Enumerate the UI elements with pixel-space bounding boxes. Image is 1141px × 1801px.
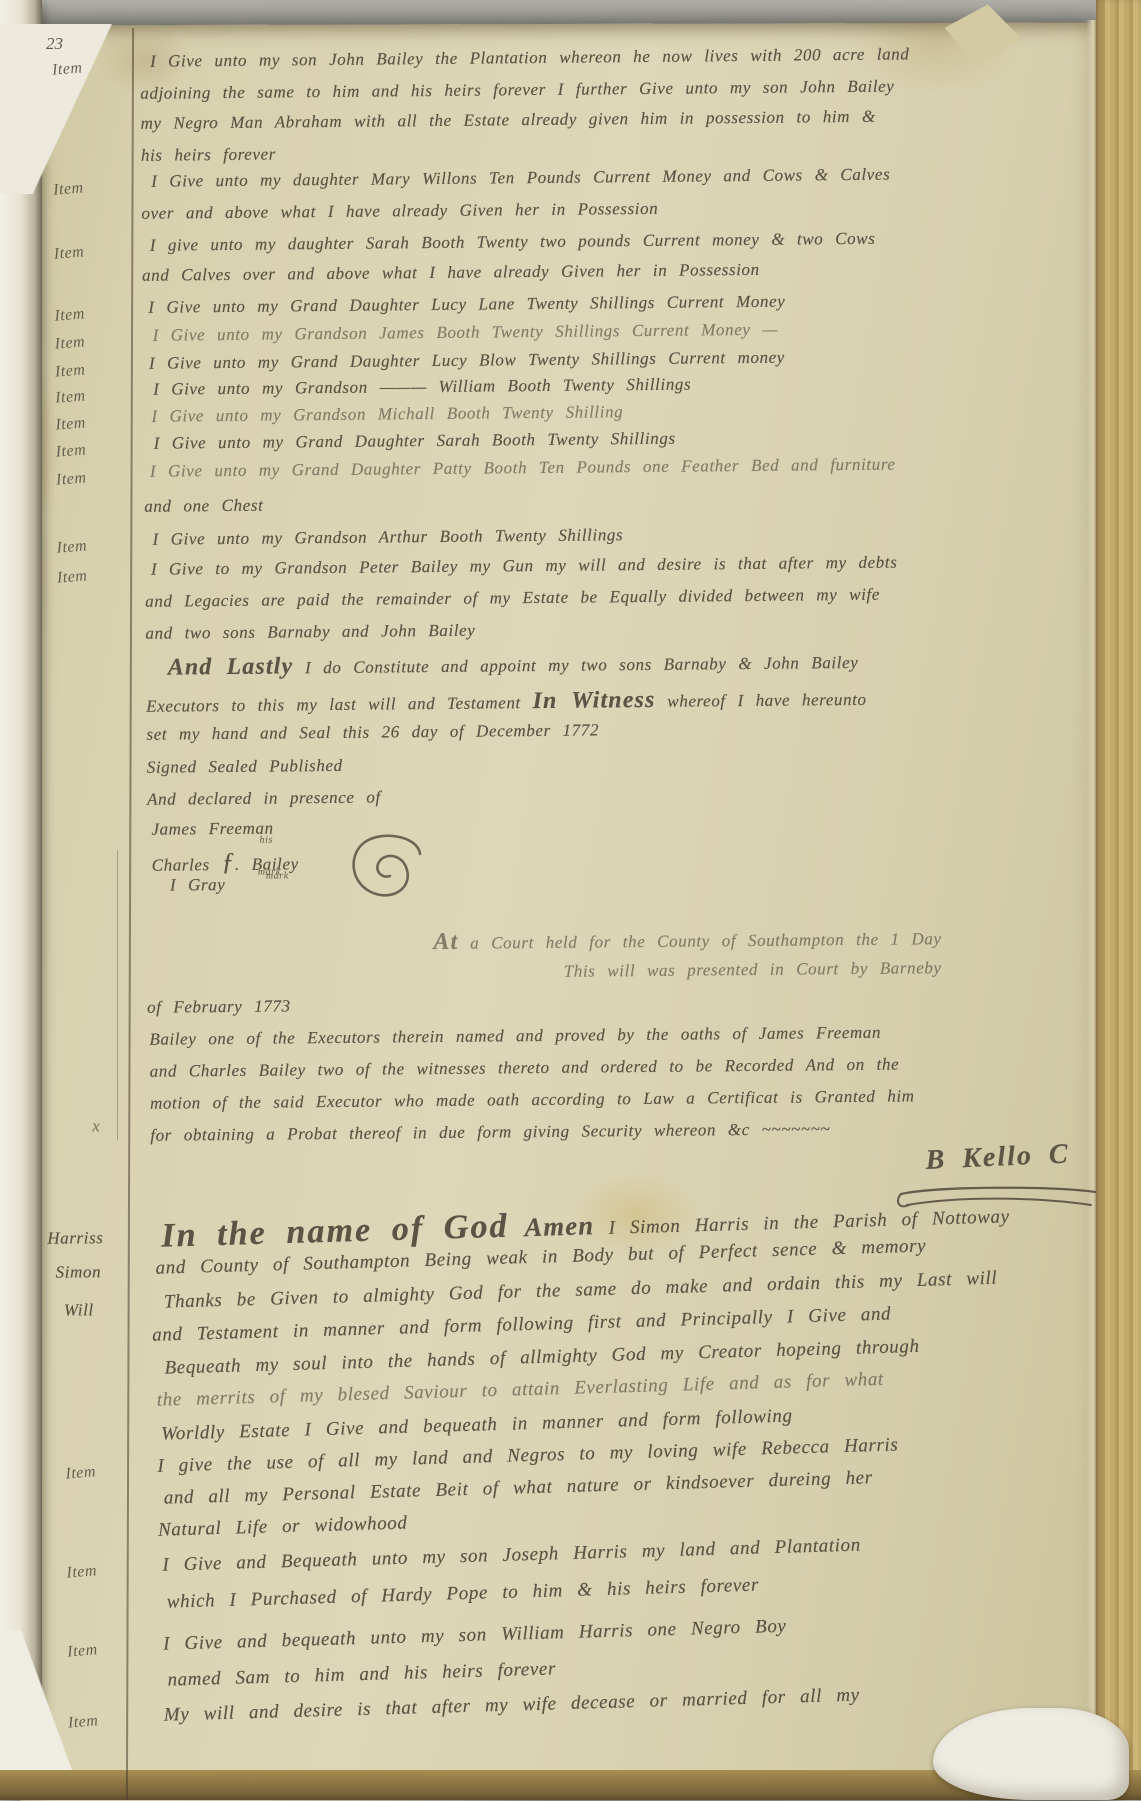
manuscript-line: for obtaining a Probat thereof in due fo…	[150, 1119, 830, 1146]
manuscript-line: and one Chest	[144, 496, 263, 517]
margin-item-label: Item	[56, 567, 88, 587]
margin-will: Will	[64, 1300, 94, 1320]
margin-item-label: Item	[55, 387, 87, 407]
manuscript-line-segment: Executors to this my last will and Testa…	[146, 693, 533, 716]
manuscript-line-segment: And Lastly	[168, 653, 294, 680]
manuscript-line: over and above what I have already Given…	[141, 199, 658, 224]
margin-item-label: Item	[53, 243, 85, 263]
manuscript-line: and two sons Barnaby and John Bailey	[145, 621, 475, 644]
margin-item-label: Item	[55, 469, 87, 489]
manuscript-line: x	[92, 1116, 100, 1136]
manuscript-line: My will and desire is that after my wife…	[164, 1685, 860, 1727]
margin-item-label: Item	[55, 441, 87, 461]
manuscript-line-segment: In Witness	[533, 687, 656, 714]
margin-item-label: Item	[56, 537, 88, 557]
manuscript-line: named Sam to him and his heirs forever	[167, 1658, 556, 1691]
margin-item-label: Item	[66, 1562, 98, 1582]
margin-item-label: Item	[54, 305, 86, 325]
manuscript-line: mark	[258, 866, 281, 877]
manuscript-line-segment: Charles	[152, 855, 222, 875]
manuscript-line-segment: Amen	[508, 1210, 595, 1242]
manuscript-line: his	[259, 835, 273, 846]
manuscript-line: and Legacies are paid the remainder of m…	[145, 585, 880, 612]
manuscript-line: my Negro Man Abraham with all the Estate…	[141, 107, 876, 134]
manuscript-line: Executors to this my last will and Testa…	[146, 685, 867, 719]
manuscript-line: his heirs forever	[141, 145, 276, 166]
margin-simon: Simon	[56, 1262, 102, 1282]
manuscript-line: This will was presented in Court by Barn…	[564, 958, 942, 982]
witness-i-gray: I Gray	[170, 875, 226, 896]
manuscript-line-segment: At	[433, 929, 458, 955]
manuscript-line: I Give unto my daughter Mary Willons Ten…	[151, 165, 890, 192]
manuscript-line-segment: ƒ	[221, 847, 235, 876]
manuscript-line: And Lastly I do Constitute and appoint m…	[168, 648, 859, 682]
margin-item-label: Item	[51, 59, 83, 79]
manuscript-line: I Give unto my son John Bailey the Plant…	[150, 44, 910, 71]
manuscript-line: and Calves over and above what I have al…	[142, 260, 760, 286]
manuscript-line: I Give unto my Grandson James Booth Twen…	[153, 320, 779, 346]
manuscript-line-segment: I do Constitute and appoint my two sons …	[293, 653, 858, 677]
margin-item-label: Item	[67, 1712, 99, 1732]
manuscript-line: set my hand and Seal this 26 day of Dece…	[146, 720, 599, 744]
manuscript-line-segment: whereof I have hereunto	[655, 690, 866, 711]
margin-harriss: Harriss	[47, 1228, 103, 1249]
manuscript-line: motion of the said Executor who made oat…	[150, 1086, 915, 1113]
manuscript-line: Natural Life or widowhood	[158, 1513, 408, 1542]
manuscript-line: I Give unto my Grandson ——— William Boot…	[153, 375, 691, 400]
margin-item-label: Item	[55, 414, 87, 434]
clerk-signature-flourish	[893, 1184, 1107, 1216]
manuscript-line: At a Court held for the County of Southa…	[433, 924, 941, 956]
manuscript-line: I Give to my Grandson Peter Bailey my Gu…	[151, 553, 898, 580]
manuscript-line: And declared in presence of	[147, 788, 381, 810]
manuscript-line: I Give and Bequeath unto my son Joseph H…	[162, 1535, 861, 1577]
manuscript-line: I Give unto my Grand Daughter Patty Boot…	[150, 455, 896, 482]
ink-flourish-spiral	[340, 828, 432, 906]
margin-item-label: Item	[53, 179, 85, 199]
manuscript-line: I Give unto my Grand Daughter Lucy Lane …	[148, 292, 785, 318]
manuscript-line: Signed Sealed Published	[147, 756, 343, 778]
margin-item-label: Item	[67, 1641, 99, 1661]
manuscript-line: I Give unto my Grandson Michall Booth Tw…	[151, 402, 623, 427]
manuscript-line: adjoining the same to him and his heirs …	[140, 77, 894, 104]
manuscript-line: of February 1773	[147, 996, 291, 1017]
manuscript-line: which I Purchased of Hardy Pope to him &…	[166, 1575, 759, 1614]
witness-james-freeman: James Freeman	[151, 819, 273, 840]
margin-item-label: Item	[54, 361, 86, 381]
clerk-signature: B Kello C	[925, 1138, 1070, 1176]
manuscript-line: I Give and bequeath unto my son William …	[163, 1616, 787, 1656]
manuscript-line: I give unto my daughter Sarah Booth Twen…	[150, 229, 876, 256]
manuscript-line: I Give unto my Grand Daughter Lucy Blow …	[149, 348, 785, 374]
margin-item-label: Item	[54, 333, 86, 353]
manuscript-line: and Charles Bailey two of the witnesses …	[150, 1055, 900, 1082]
margin-item-label: Item	[65, 1463, 97, 1483]
manuscript-line: Bailey one of the Executors therein name…	[149, 1023, 881, 1050]
text-layer: ItemI Give unto my son John Bailey the P…	[0, 0, 1141, 1800]
manuscript-line-segment: a Court held for the County of Southampt…	[458, 929, 941, 953]
manuscript-line: I Give unto my Grand Daughter Sarah Boot…	[154, 429, 676, 454]
manuscript-line-segment: In the name of God	[161, 1208, 509, 1255]
manuscript-line: I Give unto my Grandson Arthur Booth Twe…	[153, 525, 624, 550]
